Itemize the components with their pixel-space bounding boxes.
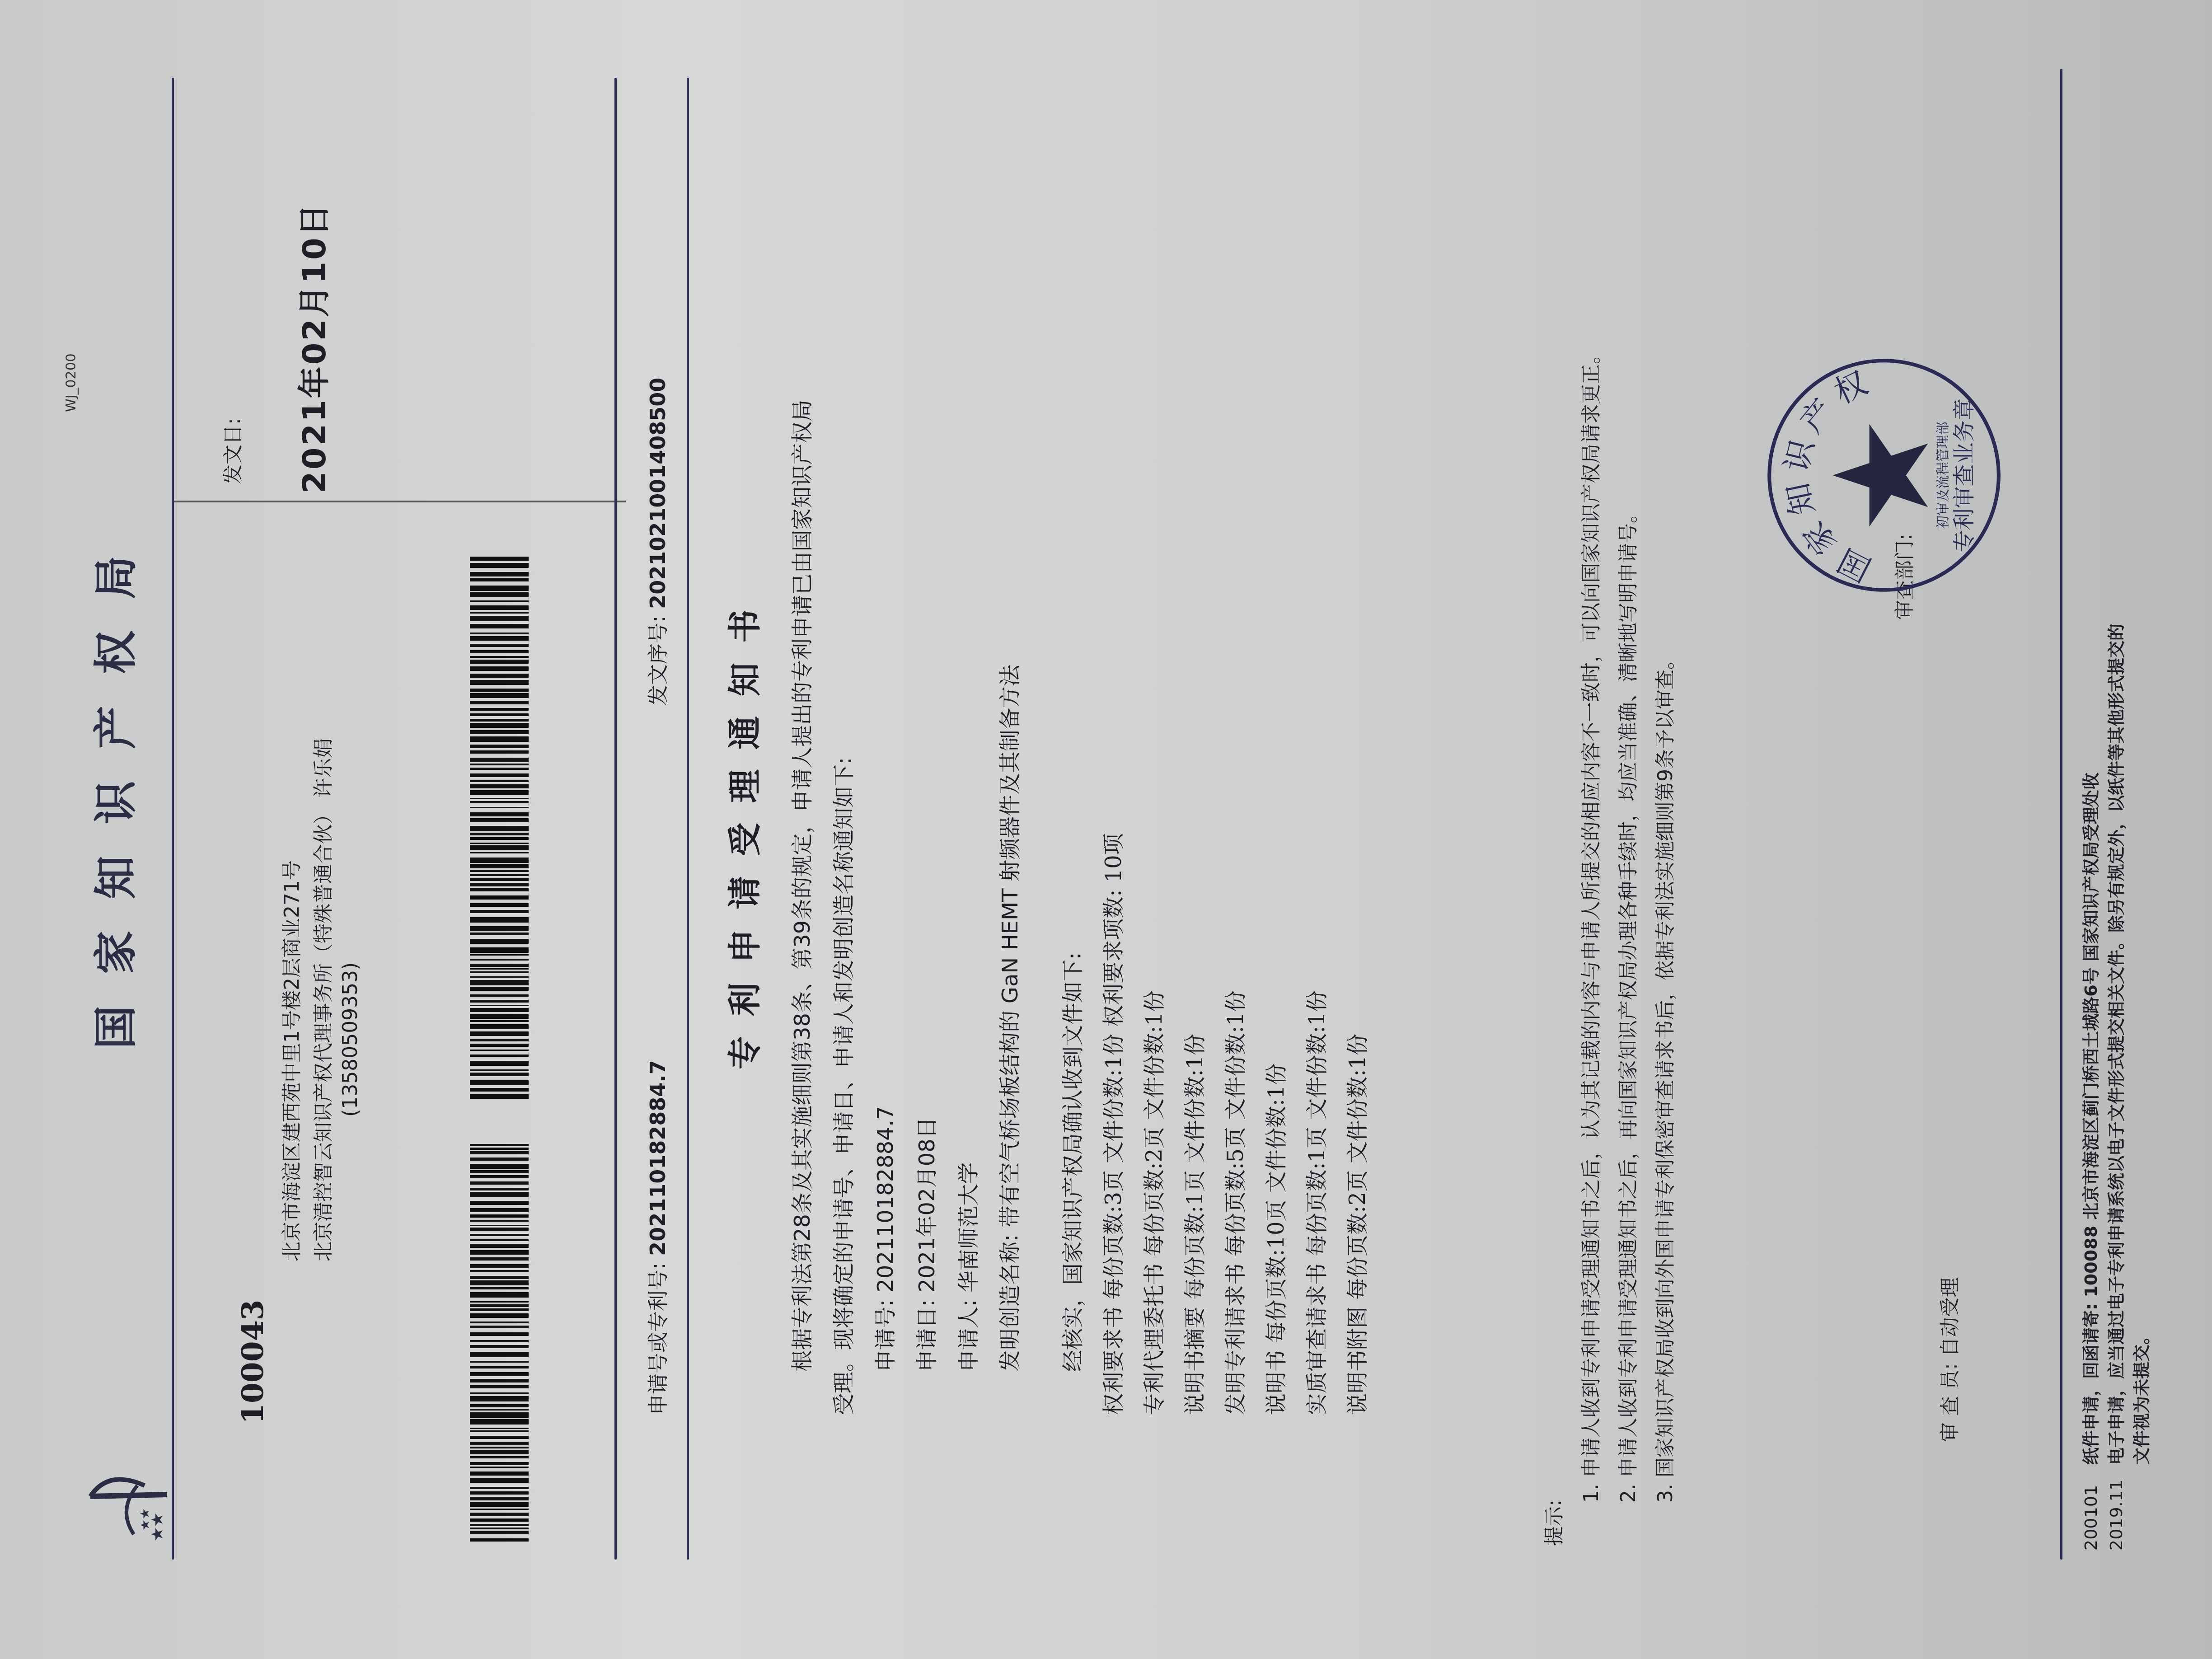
notice-body: 根据专利法第28条及其实施细则第38条、第39条的规定，申请人提出的专利申请已由… [782,105,1031,1415]
cnipa-logo-icon: ★★ ★★ [81,1460,172,1551]
acceptance-notice-page: ★★ ★★ 国家知识产权局 WJ_0200 100043 北京市海淀区建西苑中里… [0,0,2212,1659]
document-row: 说明书摘要 每份页数:1页 文件份数:1份 [1175,105,1215,1415]
application-number-value: 202110182884.7 [646,1060,670,1256]
document-pages: 每份页数:1页 [1182,1163,1208,1300]
document-row: 说明书 每份页数:10页 文件份数:1份 [1256,105,1297,1415]
document-name: 权利要求书 [1101,1300,1126,1415]
recipient-phone: (13580509353) [339,962,362,1117]
document-copies: 文件份数:1份 [1142,990,1167,1120]
field-value: 带有空气桥场板结构的 GaN HEMT 射频器件及其制备方法 [998,665,1023,1234]
document-pages: 每份页数:5页 [1223,1120,1248,1256]
examiner: 审 查 员: 自动受理 [1934,1277,1963,1442]
hints-label: 提示: [1536,100,1573,1546]
recipient-address: 北京市海淀区建西苑中里1号楼2层商业271号 [276,860,305,1261]
hint-item: 3. 国家知识产权局收到向外国申请专利保密审查请求书后，依据专利法实施细则第9条… [1647,100,1684,1546]
divider [2060,69,2062,1560]
field-label: 申请号: [873,1299,898,1372]
document-name: 说明书摘要 [1182,1300,1208,1415]
document-name: 实质审查请求书 [1304,1256,1330,1415]
document-pages: 每份页数:10页 [1264,1193,1289,1343]
serial-number-label: 发文序号: [646,616,670,706]
document-copies: 文件份数:1份 [1264,1064,1289,1193]
intro-line: 根据专利法第28条及其实施细则第38条、第39条的规定，申请人提出的专利申请已由… [782,105,823,1415]
field-row: 申请号: 202110182884.7 [865,105,906,1415]
recipient-postcode: 100043 [235,1299,270,1424]
examiner-value: 自动受理 [1939,1277,1962,1357]
footer: 200101纸件申请，回函请寄: 100088 北京市海淀区蓟门桥西土城路6号 … [2078,60,2154,1551]
document-name: 说明书 [1264,1343,1289,1415]
divider [687,78,689,1560]
recipient-agency: 北京清控智云知识产权代理事务所（特殊普通合伙） 许乐娟 [307,738,336,1261]
hint-item: 1. 申请人收到专利申请受理通知书之后，认为其记载的内容与申请人所提交的相应内容… [1573,100,1610,1546]
document-name: 说明书附图 [1345,1300,1370,1415]
document-row: 发明专利请求书 每份页数:5页 文件份数:1份 [1215,105,1256,1415]
barcode [470,1143,529,1542]
application-number: 申请号或专利号: 202110182884.7 [642,1060,671,1415]
serial-number: 发文序号: 2021021001408500 [642,378,671,706]
document-copies: 文件份数:1份 [1182,1034,1208,1163]
issue-date-label: 发文日: [217,418,246,484]
star-icon [1833,424,1928,527]
divider [172,78,174,1560]
intro-line: 受理。现将确定的申请号、申请日、申请人和发明创造名称通知如下: [823,105,865,1415]
document-pages: 每份页数:1页 [1304,1120,1330,1256]
agency-name: 国家知识产权局 [81,524,143,1049]
field-value: 华南师范大学 [956,1162,981,1299]
official-stamp: 国家知识产权局 初审及流程管理部 专利审查业务章 [1762,353,2006,597]
document-row: 说明书附图 每份页数:2页 文件份数:1份 [1337,105,1378,1415]
footer-line: 2019.11电子申请，应当通过电子专利申请系统以电子文件形式提交相关文件。除另… [2104,60,2129,1551]
field-value: 2021年02月08日 [914,1117,940,1299]
footer-text: 文件视为未提交。 [2132,1327,2151,1465]
document-row: 实质审查请求书 每份页数:1页 文件份数:1份 [1297,105,1337,1415]
footer-text: 电子申请，应当通过电子专利申请系统以电子文件形式提交相关文件。除另有规定外，以纸… [2106,623,2126,1465]
serial-number-value: 2021021001408500 [646,378,670,609]
barcode [470,554,529,1099]
divider [174,501,626,502]
field-value: 202110182884.7 [873,1106,898,1299]
document-row: 专利代理委托书 每份页数:2页 文件份数:1份 [1134,105,1175,1415]
document-copies: 文件份数:1份 [1223,990,1248,1120]
svg-text:★★: ★★ [137,1508,152,1531]
document-title: 专利申请受理通知书 [718,0,766,1659]
field-label: 申请人: [956,1299,981,1372]
document-pages: 每份页数:3页 [1101,1163,1126,1300]
examiner-label: 审 查 员: [1939,1363,1962,1442]
issue-date-value: 2021年02月10日 [289,202,335,493]
svg-text:初审及流程管理部: 初审及流程管理部 [1935,422,1951,529]
hints-section: 提示: 1. 申请人收到专利申请受理通知书之后，认为其记载的内容与申请人所提交的… [1536,100,1684,1546]
footer-line: 200101纸件申请，回函请寄: 100088 北京市海淀区蓟门桥西土城路6号 … [2078,60,2104,1551]
document-pages: 每份页数:2页 [1345,1163,1370,1300]
hint-item: 2. 申请人收到专利申请受理通知书之后，再向国家知识产权局办理各种手续时，均应当… [1610,100,1647,1546]
documents-intro: 经核实，国家知识产权局确认收到文件如下: [1053,105,1093,1415]
footer-text: 纸件申请，回函请寄: 100088 北京市海淀区蓟门桥西土城路6号 国家知识产权… [2081,773,2101,1465]
form-code: WJ_0200 [63,353,79,412]
document-copies: 文件份数:1份 [1304,990,1330,1120]
application-number-label: 申请号或专利号: [646,1263,670,1415]
field-label: 发明创造名称: [998,1234,1023,1372]
document-copies: 文件份数:1份 [1101,1034,1126,1163]
footer-line: 文件视为未提交。 [2129,60,2154,1551]
field-row: 申请人: 华南师范大学 [948,105,989,1415]
field-label: 申请日: [914,1299,940,1372]
field-row: 发明创造名称: 带有空气桥场板结构的 GaN HEMT 射频器件及其制备方法 [989,105,1031,1415]
field-row: 申请日: 2021年02月08日 [906,105,948,1415]
svg-text:专利审查业务章: 专利审查业务章 [1952,398,1977,552]
divider [614,78,617,1560]
document-extra: 权利要求项数: 10项 [1101,833,1126,1034]
document-name: 专利代理委托书 [1142,1256,1167,1415]
document-pages: 每份页数:2页 [1142,1120,1167,1256]
document-row: 权利要求书 每份页数:3页 文件份数:1份 权利要求项数: 10项 [1093,105,1134,1415]
footer-code: 200101 [2078,1465,2104,1551]
document-copies: 文件份数:1份 [1345,1034,1370,1163]
received-documents: 经核实，国家知识产权局确认收到文件如下: 权利要求书 每份页数:3页 文件份数:… [1053,105,1378,1415]
footer-code: 2019.11 [2104,1465,2129,1551]
document-name: 发明专利请求书 [1223,1256,1248,1415]
